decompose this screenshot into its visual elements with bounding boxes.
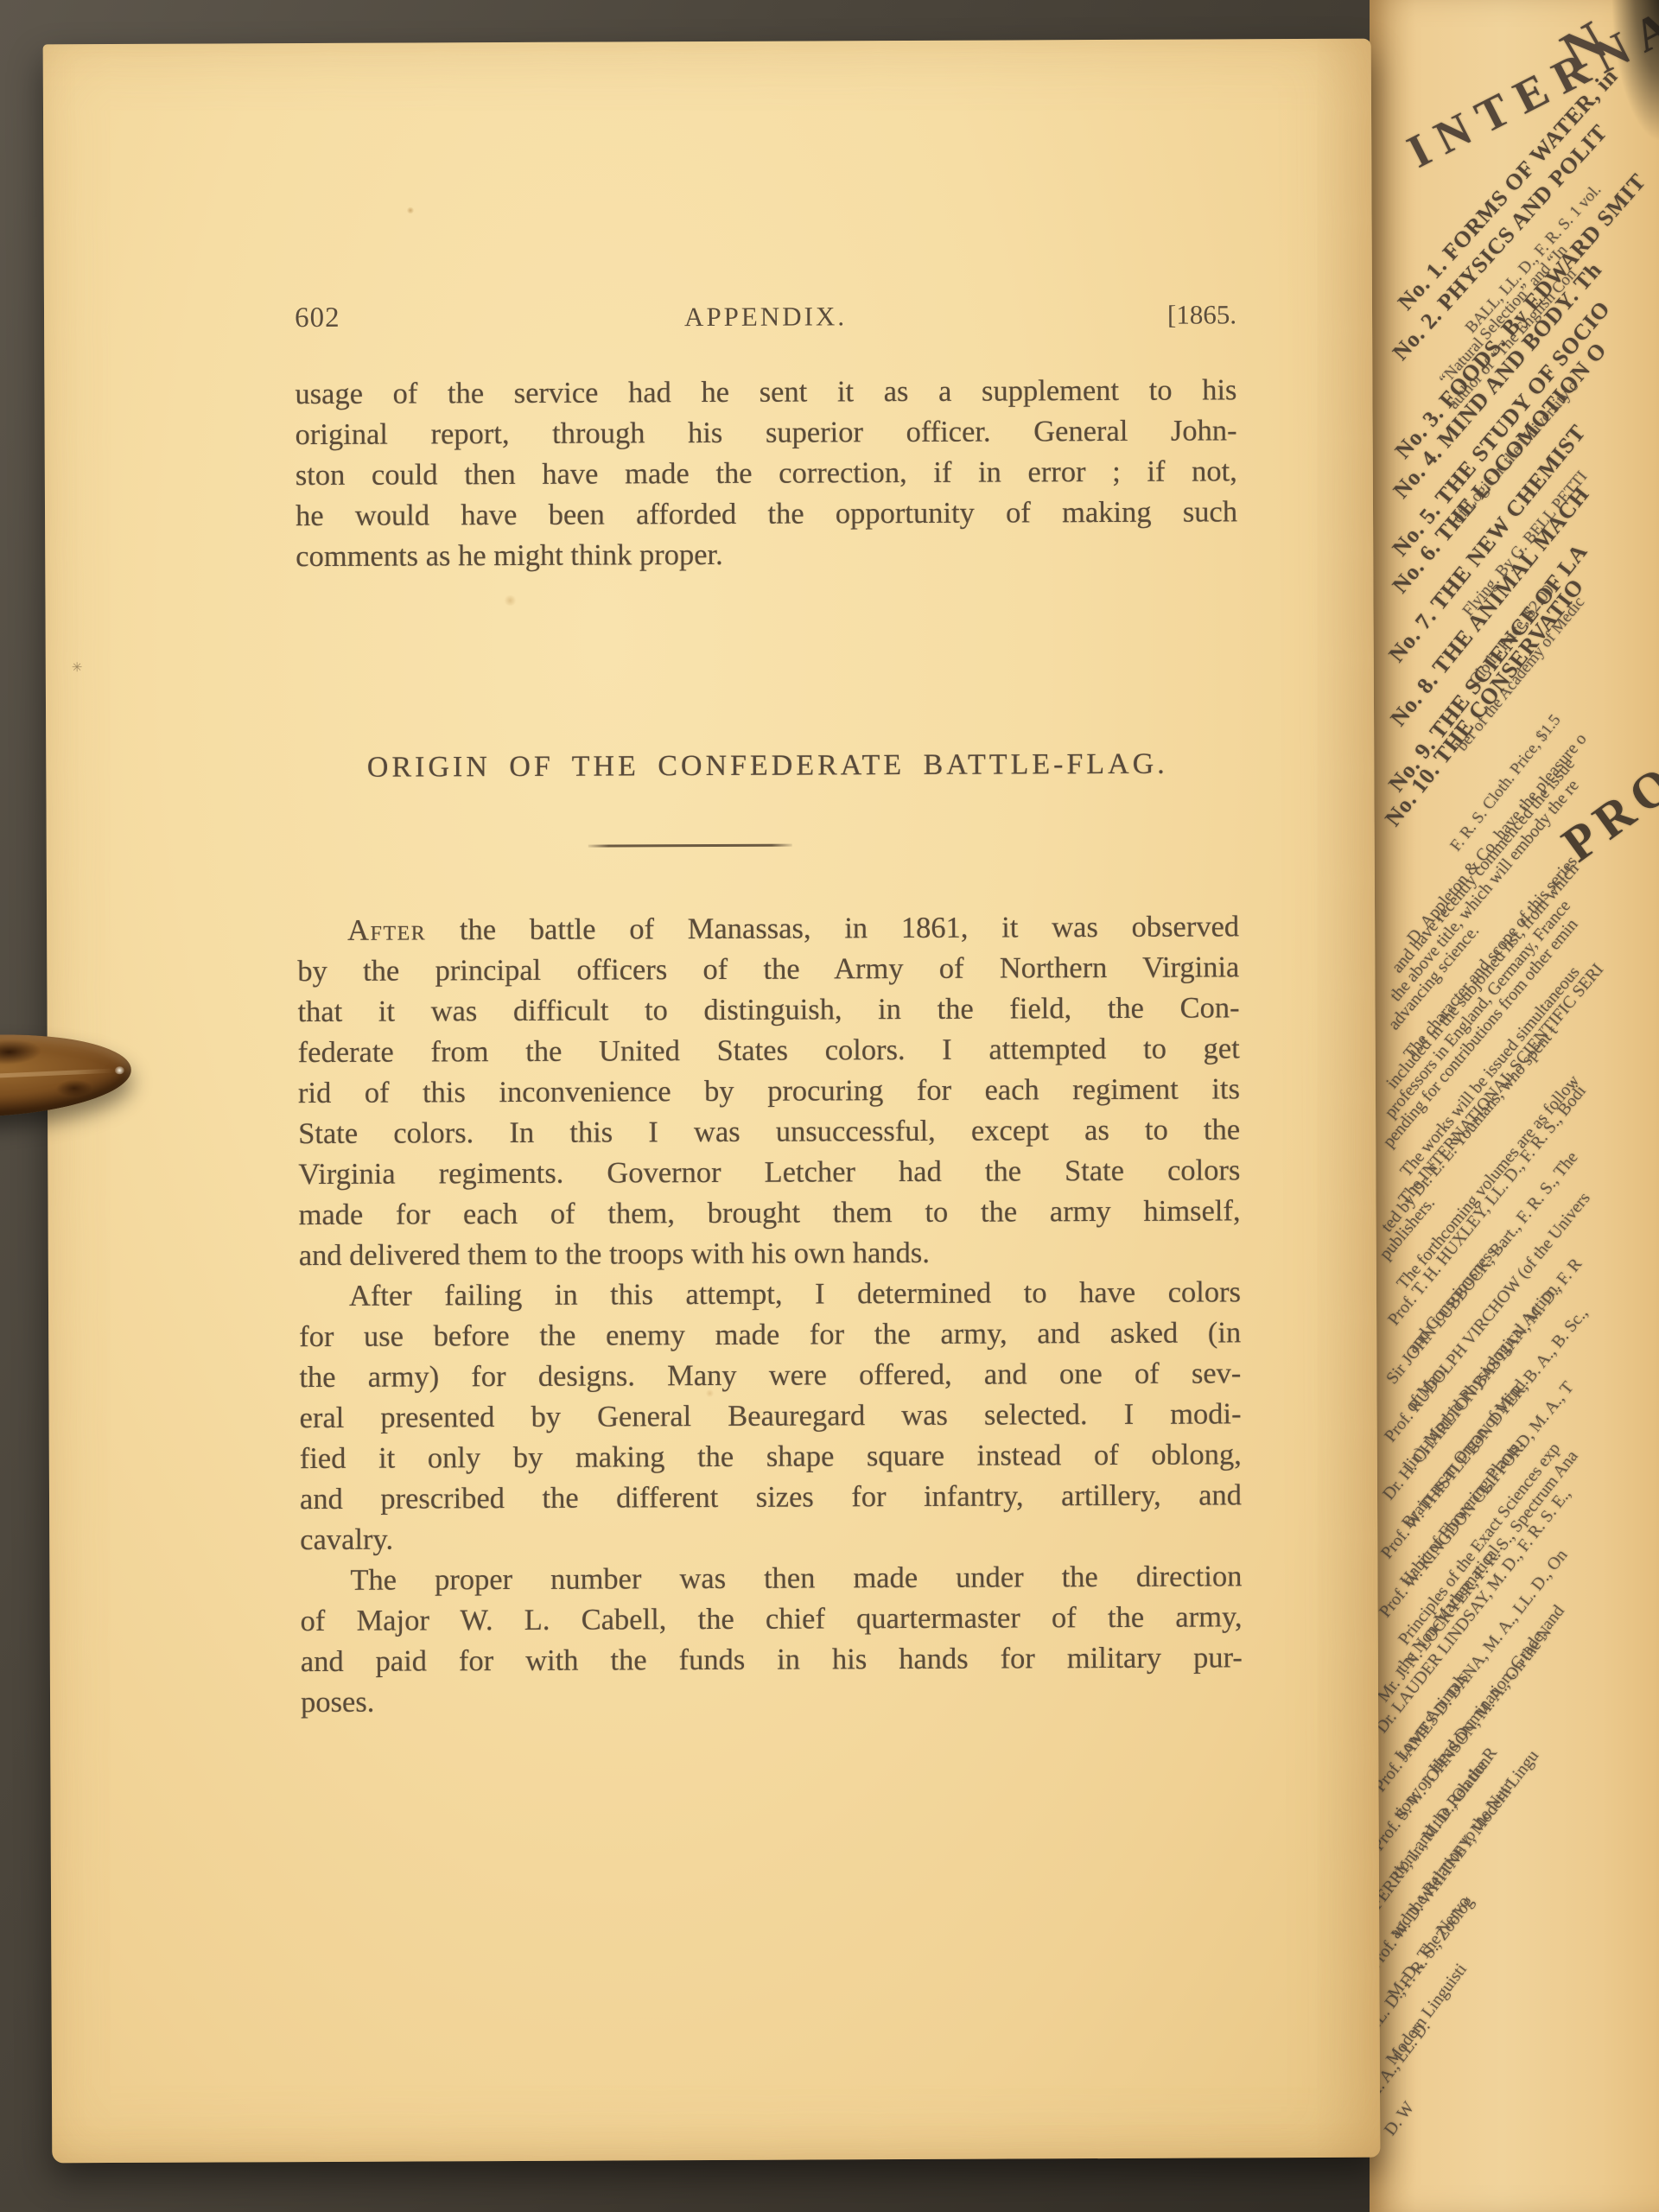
text-line: poses. — [301, 1678, 1243, 1723]
photo-of-open-book: { "colors":{ "backdrop":"#4c463c", "page… — [0, 0, 1659, 2212]
foxing-spot — [705, 1389, 714, 1397]
page-header: 602 APPENDIX. [1865. — [295, 296, 1236, 339]
foxing-spot — [406, 207, 414, 213]
lead-word-small-caps: After — [347, 913, 426, 946]
text-line: fied it only by making the shape square … — [300, 1434, 1242, 1479]
text-line: The proper number was then made under th… — [300, 1556, 1242, 1601]
text-line: and paid for with the funds in his hands… — [301, 1637, 1243, 1682]
section-rule — [588, 844, 792, 848]
text-line: for use before the enemy made for the ar… — [299, 1313, 1241, 1357]
text-line: ston could then have made the correction… — [296, 451, 1237, 496]
text-line: of Major W. L. Cabell, the chief quarter… — [301, 1597, 1243, 1642]
text-line: the army) for designs. Many were offered… — [299, 1353, 1241, 1398]
year-marker: [1865. — [1167, 299, 1236, 330]
text-line: After failing in this attempt, I determi… — [299, 1272, 1241, 1317]
margin-mark: ✳ — [72, 659, 84, 671]
intro-paragraph: usage of the service had he sent it as a… — [295, 370, 1237, 577]
text-line: he would have been afforded the opportun… — [296, 492, 1237, 537]
text-line: After the battle of Manassas, in 1861, i… — [297, 906, 1239, 951]
text-line: made for each of them, brought them to t… — [298, 1191, 1240, 1236]
clasp-highlight — [0, 1069, 114, 1084]
foxing-spot — [503, 595, 517, 606]
text-line: original report, through his superior of… — [296, 410, 1237, 455]
clasp-glint — [115, 1066, 124, 1074]
running-head: APPENDIX. — [295, 299, 1236, 334]
text-line: that it was difficult to distinguish, in… — [297, 988, 1239, 1033]
section-heading: ORIGIN OF THE CONFEDERATE BATTLE-FLAG. — [296, 747, 1238, 785]
text-line: federate from the United States colors. … — [298, 1028, 1240, 1073]
page-fore-edge-shadow — [1612, 0, 1659, 140]
text-line: rid of this inconvenience by procuring f… — [298, 1069, 1240, 1114]
text-line: cavalry. — [300, 1516, 1242, 1560]
text-line: State colors. In this I was unsuccessful… — [298, 1109, 1240, 1154]
adjacent-page: NINTERNATIONALNo. 1. FORMS OF WATER, inB… — [1370, 0, 1659, 2212]
text-line: and delivered them to the troops with hi… — [299, 1231, 1241, 1276]
body-paragraphs: After the battle of Manassas, in 1861, i… — [297, 906, 1243, 1723]
text-line: Virginia regiments. Governor Letcher had… — [298, 1150, 1240, 1195]
text-line: and prescribed the different sizes for i… — [300, 1475, 1242, 1520]
book-page: 602 APPENDIX. [1865. usage of the servic… — [43, 39, 1381, 2164]
text-line: usage of the service had he sent it as a… — [295, 370, 1236, 415]
text-line: by the principal officers of the Army of… — [297, 947, 1239, 992]
text-line: eral presented by General Beauregard was… — [299, 1394, 1241, 1439]
adjacent-line: D. W — [1381, 2098, 1419, 2139]
text-line: comments as he might think proper. — [296, 532, 1237, 577]
